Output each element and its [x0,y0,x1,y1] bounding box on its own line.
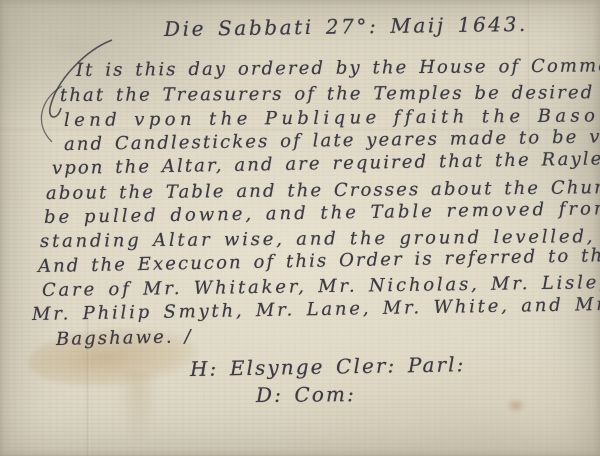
manuscript-line: that the Treasurers of the Temples be de… [60,82,600,106]
paper-spot [506,398,526,413]
paper-stain [120,372,156,442]
clerk-signature: H: Elsynge Cler: Parl: [190,352,466,381]
clerk-signature-office: D: Com: [256,382,356,407]
manuscript-line: Bagshawe. / [56,326,193,350]
manuscript-page: Die Sabbati 27°: Maij 1643. It is this d… [0,0,600,456]
date-heading: Die Sabbati 27°: Maij 1643. [164,12,528,41]
manuscript-line: It is this day ordered by the House of C… [76,55,600,81]
